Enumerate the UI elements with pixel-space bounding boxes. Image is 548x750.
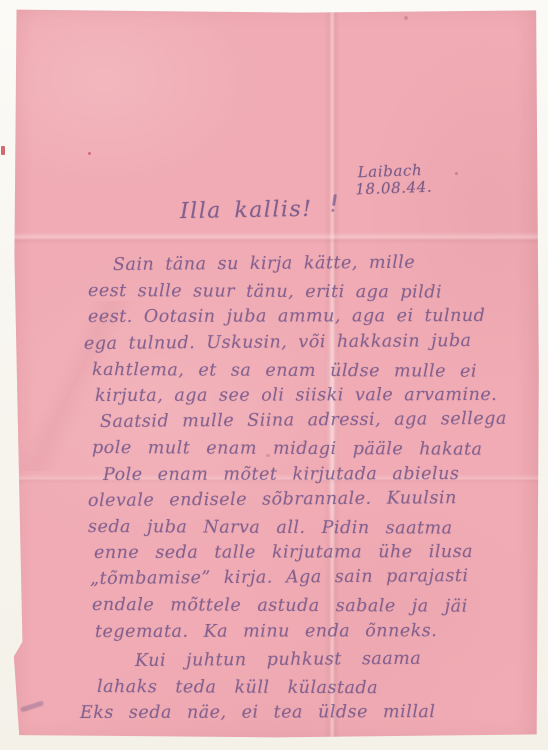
letter-line: pole mult enam midagi pääle hakata [92, 435, 520, 463]
letter-line: endale mõttele astuda sabale ja jäi [92, 592, 520, 620]
paper-speck [404, 16, 408, 20]
letter-line: Kui juhtun puhkust saama [135, 645, 520, 674]
letter-body: Sain täna su kirja kätte, mille eest sul… [80, 252, 520, 726]
paper-speck [88, 152, 91, 155]
letter-line: „tõmbamise” kirja. Aga sain parajasti [90, 563, 520, 593]
letter-paper: Laibach 18.08.44. Illa kallis! Sain täna… [8, 6, 542, 741]
letter-line: ega tulnud. Uskusin, või hakkasin juba [84, 327, 520, 357]
letter-line: olevale endisele sõbrannale. Kuulsin [88, 484, 520, 514]
letter-line: eest. Ootasin juba ammu, aga ei tulnud [88, 303, 520, 330]
letter-line: tegemata. Ka minu enda õnneks. [95, 618, 520, 645]
letter-line: Sain täna su kirja kätte, mille [113, 249, 520, 278]
letter-date: 18.08.44. [355, 179, 433, 199]
fold-crease-horizontal-upper [8, 232, 542, 244]
letter-line: Pole enam mõtet kirjutada abielus [103, 460, 520, 487]
letter-salutation: Illa kallis! [180, 197, 313, 224]
letter-heading: Laibach 18.08.44. [357, 162, 432, 199]
letter-line: Eks seda näe, ei tea üldse millal [80, 699, 520, 726]
ink-smudge [20, 700, 44, 712]
scan-artifact-mark [1, 146, 5, 155]
letter-line: kirjuta, aga see oli siiski vale arvamin… [95, 382, 520, 409]
letter-line: lahaks teda küll külastada [97, 674, 520, 702]
paper-speck [455, 172, 458, 175]
letter-line: kahtlema, et sa enam üldse mulle ei [92, 357, 520, 385]
letter-line: seda juba Narva all. Pidin saatma [88, 514, 520, 542]
letter-line: Saatsid mulle Siina adressi, aga sellega [100, 406, 520, 435]
